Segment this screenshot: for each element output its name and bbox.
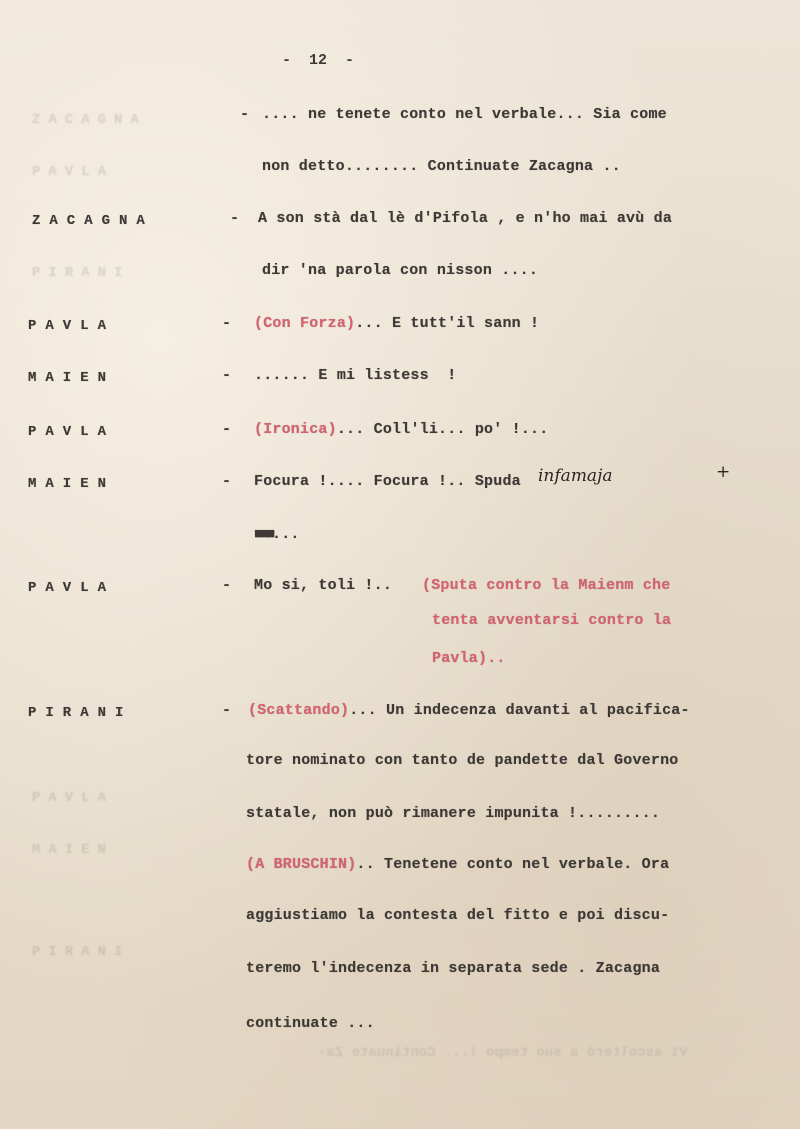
dash-marker: - [222, 473, 231, 490]
stage-direction: (Sputa contro la Maienm che [422, 577, 670, 594]
dialogue-line: aggiustiamo la contesta del fitto e poi … [246, 907, 669, 924]
stage-direction: Pavla).. [432, 650, 506, 667]
dialogue-line: non detto........ Continuate Zacagna .. [262, 158, 621, 175]
dialogue-line: (Scattando)... Un indecenza davanti al p… [248, 702, 690, 719]
dash-marker: - [222, 702, 231, 719]
ghost-bleed-text: Vi ascolterò a suo tempo !... Continuate… [318, 1045, 688, 1061]
dialogue-text: ... [272, 526, 300, 543]
ghost-speaker: PIRANI [32, 944, 130, 960]
speaker-name: PAVLA [28, 424, 115, 440]
ghost-speaker: PAVLA [32, 164, 114, 180]
dash-marker: - [222, 315, 231, 332]
dash-marker: - [230, 210, 239, 227]
dialogue-line: statale, non può rimanere impunita !....… [246, 805, 660, 822]
dialogue-text: ... Un indecenza davanti al pacifica- [349, 702, 689, 719]
dialogue-line: (A BRUSCHIN).. Tenetene conto nel verbal… [246, 856, 669, 873]
stage-direction: (Ironica) [254, 421, 337, 438]
dash-marker: - [240, 106, 249, 123]
ghost-speaker: MAIEN [32, 842, 114, 858]
dash-marker: - [222, 577, 231, 594]
dialogue-line: (Con Forza)... E tutt'il sann ! [254, 315, 539, 332]
handwritten-correction: infamaja [538, 466, 612, 486]
dialogue-line: dir 'na parola con nisson .... [262, 262, 538, 279]
stage-direction: (A BRUSCHIN) [246, 856, 356, 873]
dialogue-line: A son stà dal lè d'Pifola , e n'ho mai a… [258, 210, 672, 227]
typewritten-script-page: ZACAGNA PAVLA PIRANI PAVLA MAIEN PIRANI … [0, 0, 800, 1129]
dialogue-line: ■■■... [254, 526, 300, 543]
dash-marker: - [222, 367, 231, 384]
speaker-name: ZACAGNA [32, 213, 154, 229]
page-number: - 12 - [282, 52, 354, 69]
dialogue-line: (Ironica)... Coll'li... po' !... [254, 421, 548, 438]
dialogue-line: teremo l'indecenza in separata sede . Za… [246, 960, 660, 977]
dialogue-line: continuate ... [246, 1015, 375, 1032]
dialogue-line: .... ne tenete conto nel verbale... Sia … [262, 106, 667, 123]
speaker-name: MAIEN [28, 476, 115, 492]
speaker-name: PAVLA [28, 318, 115, 334]
struck-out-text: ■■■ [254, 526, 272, 543]
speaker-name: PIRANI [28, 705, 132, 721]
dialogue-text: .. Tenetene conto nel verbale. Ora [356, 856, 669, 873]
speaker-name: PAVLA [28, 580, 115, 596]
dialogue-line: Focura !.... Focura !.. Spuda [254, 473, 521, 490]
dialogue-line: ...... E mi listess ! [254, 367, 456, 384]
dialogue-text: ... Coll'li... po' !... [337, 421, 549, 438]
ghost-speaker: ZACAGNA [32, 112, 147, 128]
dialogue-text: ... E tutt'il sann ! [355, 315, 539, 332]
handwritten-mark: + [716, 462, 730, 482]
dialogue-line: tore nominato con tanto de pandette dal … [246, 752, 678, 769]
stage-direction: (Con Forza) [254, 315, 355, 332]
dash-marker: - [222, 421, 231, 438]
ghost-speaker: PAVLA [32, 790, 114, 806]
speaker-name: MAIEN [28, 370, 115, 386]
stage-direction: tenta avventarsi contro la [432, 612, 671, 629]
ghost-speaker: PIRANI [32, 265, 130, 281]
dialogue-line: Mo si, toli !.. [254, 577, 392, 594]
stage-direction: (Scattando) [248, 702, 349, 719]
